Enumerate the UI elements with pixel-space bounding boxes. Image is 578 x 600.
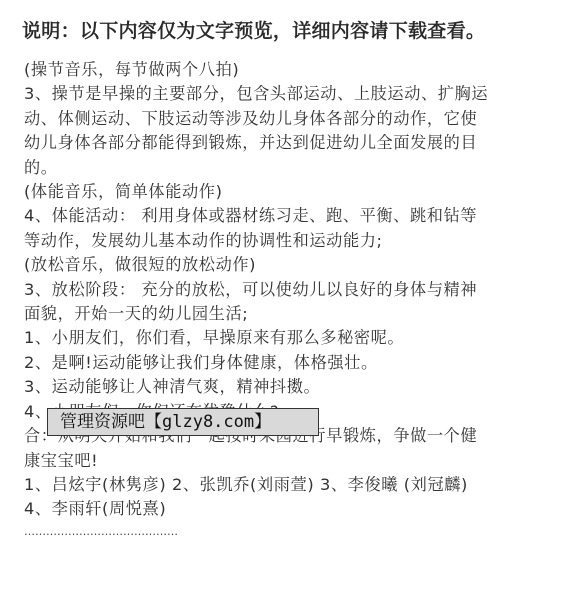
text-line: (体能音乐，简单体能动作) (24, 180, 564, 204)
text-line: (操节音乐，每节做两个八拍) (24, 58, 564, 82)
preview-notice: 说明：以下内容仅为文字预览，详细内容请下载查看。 (22, 16, 485, 43)
text-line: 3、运动能够让人神清气爽，精神抖擞。 (24, 375, 564, 399)
text-line: 等动作，发展幼儿基本动作的协调性和运动能力; (24, 229, 564, 253)
text-line: 2、是啊!运动能够让我们身体健康，体格强壮。 (24, 351, 564, 375)
watermark-banner: 管理资源吧【glzy8.com】 (47, 408, 319, 436)
text-line: 面貌，开始一天的幼儿园生活; (24, 302, 564, 326)
text-line: (放松音乐，做很短的放松动作) (24, 253, 564, 277)
text-line: 康宝宝吧! (24, 449, 564, 473)
text-line: 1、小朋友们，你们看，早操原来有那么多秘密呢。 (24, 326, 564, 350)
text-line: 的。 (24, 156, 564, 180)
document-body: (操节音乐，每节做两个八拍) 3、操节是早操的主要部分，包含头部运动、上肢运动、… (24, 58, 564, 542)
text-line: 3、放松阶段： 充分的放松，可以使幼儿以良好的身体与精神 (24, 278, 564, 302)
text-line: 3、操节是早操的主要部分，包含头部运动、上肢运动、扩胸运 (24, 82, 564, 106)
ellipsis-dots: …………………………………… (24, 522, 564, 542)
text-line: 4、李雨轩(周悦熹) (24, 497, 564, 521)
text-line: 动、体侧运动、下肢运动等涉及幼儿身体各部分的动作，它使 (24, 107, 564, 131)
text-line: 4、体能活动： 利用身体或器材练习走、跑、平衡、跳和钻等 (24, 204, 564, 228)
text-line: 1、吕炫宇(林隽彦) 2、张凯乔(刘雨萱) 3、李俊曦 (刘冠麟) (24, 473, 564, 497)
text-line: 幼儿身体各部分都能得到锻炼，并达到促进幼儿全面发展的目 (24, 131, 564, 155)
